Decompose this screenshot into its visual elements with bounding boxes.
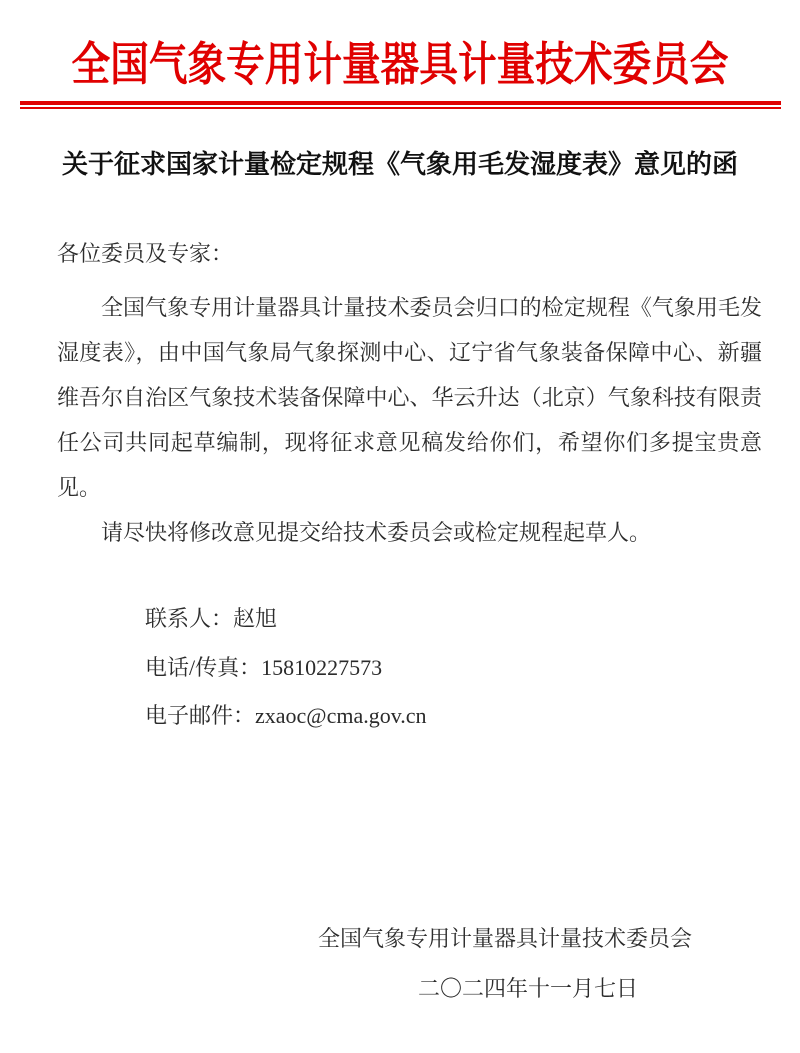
signature-org-name: 全国气象专用计量器具计量技术委员会 [318, 916, 692, 961]
contact-line-phone: 电话/传真：15810227573 [145, 644, 427, 693]
document-title: 关于征求国家计量检定规程《气象用毛发湿度表》意见的函 [0, 146, 800, 182]
contact-person-label: 联系人： [145, 606, 233, 631]
body-paragraph: 全国气象专用计量器具计量技术委员会归口的检定规程《气象用毛发湿度表》，由中国气象… [57, 285, 762, 510]
contact-email-label: 电子邮件： [145, 703, 255, 728]
contact-block: 联系人：赵旭 电话/传真：15810227573 电子邮件：zxaoc@cma.… [145, 595, 427, 741]
contact-person-value: 赵旭 [233, 606, 277, 631]
body-paragraph: 请尽快将修改意见提交给技术委员会或检定规程起草人。 [57, 510, 762, 555]
signature-date: 二〇二四年十一月七日 [418, 966, 638, 1011]
letter-body: 各位委员及专家： 全国气象专用计量器具计量技术委员会归口的检定规程《气象用毛发湿… [57, 231, 762, 555]
letterhead: 全国气象专用计量器具计量技术委员会 [0, 38, 800, 102]
letterhead-divider-rule [20, 101, 781, 109]
salutation: 各位委员及专家： [57, 231, 762, 276]
contact-line-person: 联系人：赵旭 [145, 595, 427, 644]
official-letter-page: 全国气象专用计量器具计量技术委员会 关于征求国家计量检定规程《气象用毛发湿度表》… [0, 0, 800, 1053]
contact-email-value: zxaoc@cma.gov.cn [255, 703, 427, 728]
contact-phone-value: 15810227573 [261, 655, 382, 680]
letterhead-org-name: 全国气象专用计量器具计量技术委员会 [72, 38, 729, 91]
contact-phone-label: 电话/传真： [145, 655, 261, 680]
contact-line-email: 电子邮件：zxaoc@cma.gov.cn [145, 692, 427, 741]
